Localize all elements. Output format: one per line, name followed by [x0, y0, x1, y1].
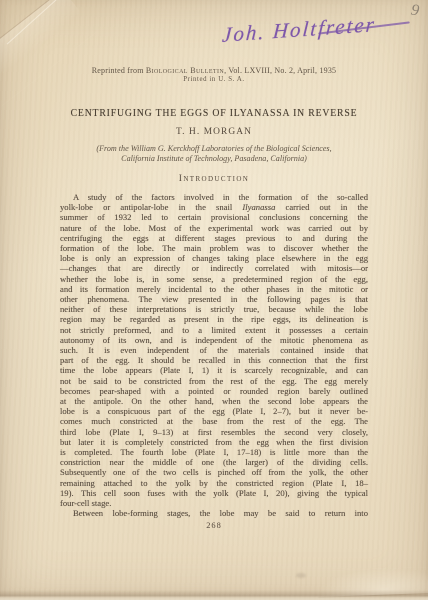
page-number: 268 [0, 521, 428, 530]
body-line: Subsequently one of the two cells is pin… [60, 467, 368, 477]
body-line: formation of the lobe. The main problem … [60, 243, 368, 253]
article-title: CENTRIFUGING THE EGGS OF ILYANASSA IN RE… [17, 108, 411, 119]
body-line: nature of the lobe. Most of the experime… [60, 223, 368, 233]
body-line: remaining attached to the yolk by the co… [60, 478, 368, 488]
reprint-source-line: Reprinted from Biological Bulletin, Vol.… [0, 66, 428, 75]
body-line: at the antipole. On the other hand, when… [60, 396, 368, 406]
body-line: region may be regarded as present in the… [60, 314, 368, 324]
paper-smudge [296, 573, 306, 578]
body-line: yolk-lobe or antipolar-lobe in the snail… [60, 202, 368, 212]
body-line: autonomy of its own, and is independent … [60, 335, 368, 345]
body-line: —changes that are directly or indirectly… [60, 263, 368, 273]
reprint-page: Joh. Holtfreter 9 Reprinted from Biologi… [0, 0, 428, 600]
body-line: such. It is even independent of the mate… [60, 345, 368, 355]
body-line: constriction near the middle of one (the… [60, 457, 368, 467]
section-heading-introduction: Introduction [0, 173, 428, 184]
body-line: neither of these interpretations is stri… [60, 304, 368, 314]
body-line: time the lobe appears (Plate I, 1) it is… [60, 365, 368, 375]
body-line: and its formation merely incidental to t… [60, 284, 368, 294]
body-line: centrifuging the eggs at different stage… [60, 233, 368, 243]
body-line: becomes pear-shaped with a pointed or ro… [60, 386, 368, 396]
body-line: lobe is a conspicuous part of the egg (P… [60, 406, 368, 416]
body-line: not be said to be constricted from the r… [60, 376, 368, 386]
affiliation-line-1: (From the William G. Kerckhoff Laborator… [0, 144, 428, 154]
body-line: comes much constricted at the base from … [60, 416, 368, 426]
handwritten-signature: Joh. Holtfreter [221, 9, 417, 48]
body-line: whether the lobe is, in some sense, a pr… [60, 274, 368, 284]
body-line: other phenomena. The view presented in t… [60, 294, 368, 304]
body-line: is completed. The fourth lobe (Plate I, … [60, 447, 368, 457]
masthead: Reprinted from Biological Bulletin, Vol.… [0, 66, 428, 83]
article-body: A study of the factors involved in the f… [60, 192, 368, 519]
body-line: lobe is only an expression of changes ta… [60, 253, 368, 263]
affiliation-line-2: California Institute of Technology, Pasa… [0, 154, 428, 164]
pencil-corner-mark: 9 [410, 1, 421, 20]
paper-bottom-edge-shadow [0, 590, 428, 600]
body-line: not strictly preformed, and to a limited… [60, 325, 368, 335]
body-line: but later it is completely constricted f… [60, 437, 368, 447]
printed-in-line: Printed in U. S. A. [0, 76, 428, 83]
body-line: Between lobe-forming stages, the lobe ma… [60, 508, 368, 518]
body-line: four-cell stage. [60, 498, 368, 508]
body-line: summer of 1932 led to certain provisiona… [60, 212, 368, 222]
body-line: 19). This cell soon fuses with the yolk … [60, 488, 368, 498]
author-name: T. H. MORGAN [0, 127, 428, 137]
author-affiliation: (From the William G. Kerckhoff Laborator… [0, 144, 428, 164]
body-line: third lobe (Plate I, 9–13) at first rese… [60, 427, 368, 437]
body-line: part of the egg. It should be recalled i… [60, 355, 368, 365]
body-line: A study of the factors involved in the f… [60, 192, 368, 202]
